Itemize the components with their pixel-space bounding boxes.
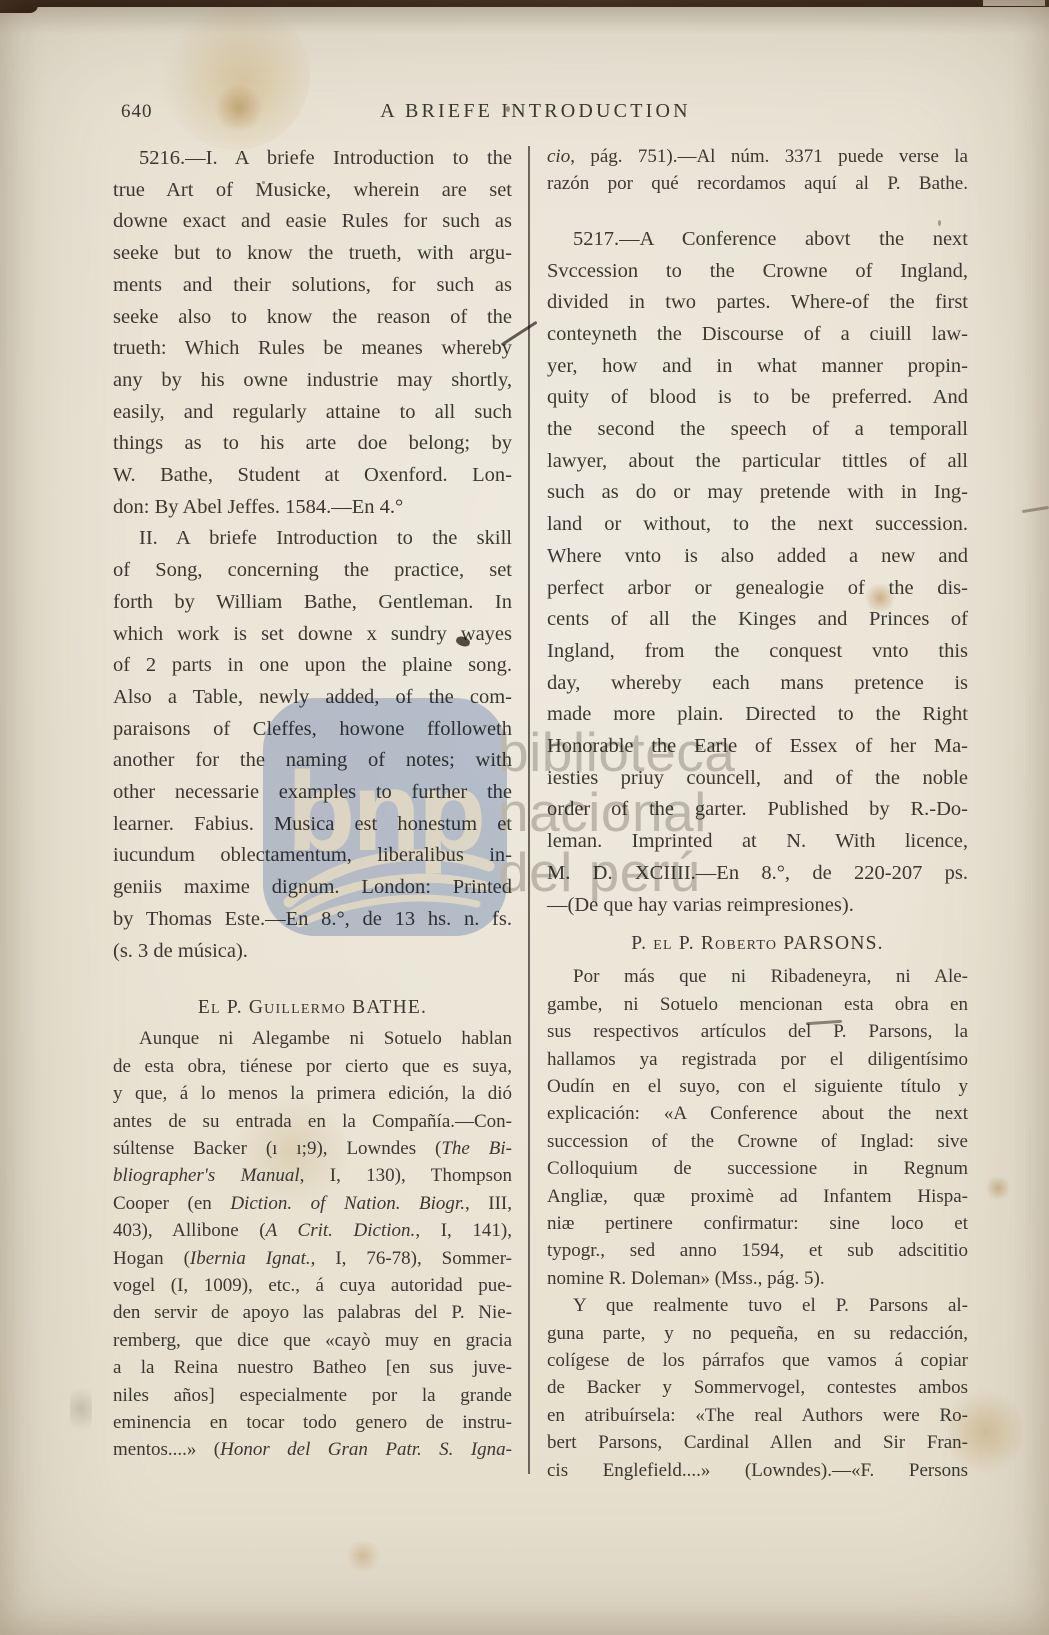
text-line: sus respectivos artículos del P. Parsons… xyxy=(547,1018,968,1045)
text-line: y que, á lo menos la primera edición, la… xyxy=(113,1080,512,1107)
text-line: de Backer y Sommervogel, contestes ambos xyxy=(547,1374,968,1401)
text-line: true Art of Musicke, wherein are set xyxy=(113,175,512,207)
text-line: things as to his arte doe belong; by xyxy=(113,428,512,460)
text-line: ments and their solutions, for such as xyxy=(113,270,512,302)
text-line: Oudín en el suyo, con el siguiente títul… xyxy=(547,1073,968,1100)
text-line: 5216.—I. A briefe Introduction to the xyxy=(113,143,512,175)
text-line: day, whereby each mans pretence is xyxy=(547,668,968,700)
text-line: iesties priuy councell, and of the noble xyxy=(547,763,968,795)
text-line: vogel (I, 1009), etc., á cuya autoridad … xyxy=(113,1272,512,1299)
text-line: 5217.—A Conference abovt the next xyxy=(547,224,968,256)
text-line: guna parte, y no pequeña, en su redacció… xyxy=(547,1320,968,1347)
text-line: quity of blood is to be preferred. And xyxy=(547,382,968,414)
text-line: M. D. XCIIII.—En 8.°, de 220-207 ps. xyxy=(547,858,968,890)
text-line: succession of the Crowne of Inglad: sive xyxy=(547,1128,968,1155)
text-line: iucundum oblectamentum, liberalibus in- xyxy=(113,840,512,872)
column-divider xyxy=(528,146,530,1474)
text-line: conteyneth the Discourse of a ciuill law… xyxy=(547,319,968,351)
text-line: Ingland, from the conquest vnto this xyxy=(547,636,968,668)
text-line: Where vnto is also added a new and xyxy=(547,541,968,573)
text-line: other necessarie examples to further the xyxy=(113,777,512,809)
margin-squiggle xyxy=(1022,506,1049,513)
section-heading: P. el P. Roberto PARSONS. xyxy=(547,931,968,957)
text-line: Also a Table, newly added, of the com- xyxy=(113,682,512,714)
text-line: Svccession to the Crowne of Ingland, xyxy=(547,256,968,288)
paragraph: cio, pág. 751).—Al núm. 3371 puede verse… xyxy=(547,143,968,198)
text-line: cio, pág. 751).—Al núm. 3371 puede verse… xyxy=(547,143,968,170)
text-line: which work is set downe x sundry wayes xyxy=(113,619,512,651)
stain xyxy=(984,1176,1012,1200)
text-line: nomine R. Doleman» (Mss., pág. 5). xyxy=(547,1265,968,1292)
text-line: W. Bathe, Student at Oxenford. Lon- xyxy=(113,460,512,492)
text-line: explicación: «A Conference about the nex… xyxy=(547,1100,968,1127)
text-line: lawyer, about the particular tittles of … xyxy=(547,446,968,478)
text-line: razón por qué recordamos aquí al P. Bath… xyxy=(547,170,968,197)
paragraph: 5216.—I. A briefe Introduction to thetru… xyxy=(113,143,512,523)
text-line: súltense Backer (ı ı;9), Lowndes (The Bi… xyxy=(113,1135,512,1162)
text-line: seeke also to know the reason of the xyxy=(113,302,512,334)
text-line: easily, and regularly attaine to all suc… xyxy=(113,397,512,429)
text-line: paraisons of Cleffes, howone ffolloweth xyxy=(113,714,512,746)
text-line: Cooper (en Diction. of Nation. Biogr., I… xyxy=(113,1190,512,1217)
text-line: don: By Abel Jeffes. 1584.—En 4.° xyxy=(113,492,512,524)
text-line: 403), Allibone (A Crit. Diction., I, 141… xyxy=(113,1217,512,1244)
text-line: learner. Fabius. Musica est honestum et xyxy=(113,809,512,841)
text-line: (s. 3 de música). xyxy=(113,936,512,968)
text-line: forth by William Bathe, Gentleman. In xyxy=(113,587,512,619)
text-line: yer, how and in what manner propin- xyxy=(547,351,968,383)
text-line: mentos....» (Honor del Gran Patr. S. Ign… xyxy=(113,1436,512,1463)
text-line: remberg, que dice que «cayò muy en graci… xyxy=(113,1327,512,1354)
running-title: A BRIEFE INTRODUCTION xyxy=(11,100,1049,123)
text-line: perfect arbor or genealogie of the dis- xyxy=(547,573,968,605)
text-line: leman. Imprinted at N. With licence, xyxy=(547,826,968,858)
text-line: a la Reina nuestro Batheo [en sus juve- xyxy=(113,1354,512,1381)
stain xyxy=(160,0,310,150)
text-line: trueth: Which Rules be meanes whereby xyxy=(113,333,512,365)
left-column: 5216.—I. A briefe Introduction to thetru… xyxy=(113,143,512,1464)
text-line: gambe, ni Sotuelo mencionan esta obra en xyxy=(547,991,968,1018)
stain xyxy=(344,1540,382,1572)
text-line: hallamos ya registrada por el diligentís… xyxy=(547,1046,968,1073)
text-line: such as do or may pretende with in Ing- xyxy=(547,477,968,509)
text-line: niæ pertinere confirmatur: sine loco et xyxy=(547,1210,968,1237)
text-line: of 2 parts in one upon the plaine song. xyxy=(113,650,512,682)
text-line: den servir de apoyo las palabras del P. … xyxy=(113,1299,512,1326)
scanned-book-page: 640 A BRIEFE INTRODUCTION 5216.—I. A bri… xyxy=(0,0,1049,1635)
text-line: cents of all the Kinges and Princes of xyxy=(547,604,968,636)
stain xyxy=(70,1380,92,1438)
paragraph: Y que realmente tuvo el P. Parsons al-gu… xyxy=(547,1292,968,1484)
section-heading: El P. Guillermo BATHE. xyxy=(113,995,512,1021)
text-line: en atribuírsela: «The real Authors were … xyxy=(547,1402,968,1429)
text-line: divided in two partes. Where-of the firs… xyxy=(547,287,968,319)
text-line: land or without, to the next succession. xyxy=(547,509,968,541)
text-line: eminencia en tocar todo genero de instru… xyxy=(113,1409,512,1436)
right-column: cio, pág. 751).—Al núm. 3371 puede verse… xyxy=(547,143,968,1484)
paragraph: 5217.—A Conference abovt the nextSvccess… xyxy=(547,224,968,921)
text-line: cis Englefield....» (Lowndes).—«F. Perso… xyxy=(547,1457,968,1484)
text-line: the second the speech of a temporall xyxy=(547,414,968,446)
text-line: colígese de los párrafos que vamos á cop… xyxy=(547,1347,968,1374)
paragraph: Aunque ni Alegambe ni Sotuelo hablande e… xyxy=(113,1025,512,1464)
book-edge-strip xyxy=(0,0,1049,7)
text-line: Y que realmente tuvo el P. Parsons al- xyxy=(547,1292,968,1319)
text-line: antes de su entrada en la Compañía.—Con- xyxy=(113,1108,512,1135)
text-line: typogr., sed anno 1594, et sub adscititi… xyxy=(547,1237,968,1264)
text-line: made more plain. Directed to the Right xyxy=(547,699,968,731)
book-edge-corner xyxy=(0,0,38,13)
text-line: bliographer's Manual, I, 130), Thompson xyxy=(113,1162,512,1189)
text-line: Honorable the Earle of Essex of her Ma- xyxy=(547,731,968,763)
text-line: by Thomas Este.—En 8.°, de 13 hs. n. fs. xyxy=(113,904,512,936)
paragraph: Por más que ni Ribadeneyra, ni Ale-gambe… xyxy=(547,963,968,1292)
text-line: any by his owne industrie may shortly, xyxy=(113,365,512,397)
text-line: geniis maxime dignum. London: Printed xyxy=(113,872,512,904)
text-line: downe exact and easie Rules for such as xyxy=(113,206,512,238)
text-line: order of the garter. Published by R.-Do- xyxy=(547,794,968,826)
text-line: —(De que hay varias reimpresiones). xyxy=(547,890,968,922)
paragraph: II. A briefe Introduction to the skillof… xyxy=(113,523,512,967)
text-line: another for the naming of notes; with xyxy=(113,745,512,777)
text-line: Angliæ, quæ proximè ad Infantem Hispa- xyxy=(547,1183,968,1210)
text-line: Colloquium de successione in Regnum xyxy=(547,1155,968,1182)
text-line: seeke but to know the trueth, with argu- xyxy=(113,238,512,270)
text-line: de esta obra, tiénese por cierto que es … xyxy=(113,1053,512,1080)
text-line: bert Parsons, Cardinal Allen and Sir Fra… xyxy=(547,1429,968,1456)
text-line: of Song, concerning the practice, set xyxy=(113,555,512,587)
text-line: niles años] especialmente por la grande xyxy=(113,1382,512,1409)
book-edge-notch xyxy=(983,0,1045,6)
text-line: II. A briefe Introduction to the skill xyxy=(113,523,512,555)
text-line: Por más que ni Ribadeneyra, ni Ale- xyxy=(547,963,968,990)
text-line: Aunque ni Alegambe ni Sotuelo hablan xyxy=(113,1025,512,1052)
text-line: Hogan (Ibernia Ignat., I, 76-78), Sommer… xyxy=(113,1245,512,1272)
